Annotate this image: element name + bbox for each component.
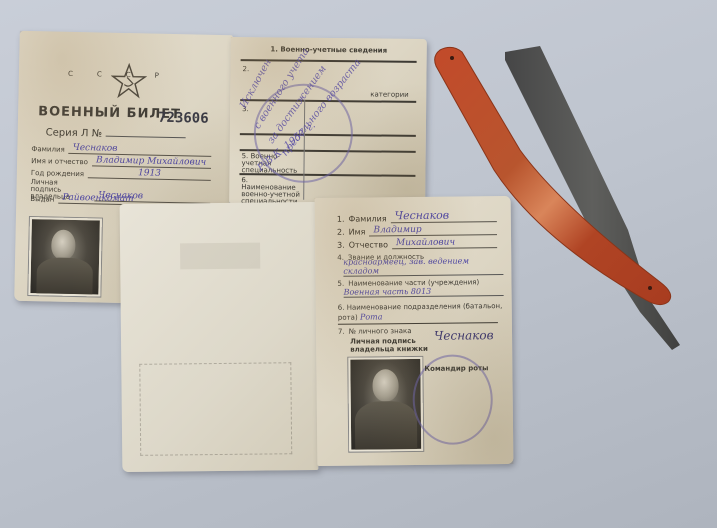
rivet-icon: [648, 286, 652, 290]
rivet-icon: [450, 56, 454, 60]
signature-label: Личная подпись владельца книжки: [350, 337, 430, 354]
faded-stamp-box: [139, 362, 292, 456]
signature-value: Чеснаков: [434, 328, 494, 343]
serial-number: 723606: [158, 110, 209, 127]
field-surname: 1.ФамилияЧеснаков: [337, 212, 497, 224]
field-patronymic: 3.ОтчествоМихайлович: [337, 238, 497, 250]
military-ticket-records-page: 1. Военно-учетные сведения 2. категории …: [229, 37, 427, 205]
section-title: 1. Военно-учетные сведения: [231, 45, 427, 55]
commander-label: Командир роты: [424, 364, 488, 373]
soldier-book-back-page: [120, 202, 319, 472]
soldier-book-info-page: 1.ФамилияЧеснаков 2.ИмяВладимир 3.Отчест…: [315, 196, 514, 466]
photo-scene: СССР ВОЕННЫЙ БИЛЕТ 723606 Серия Л № Фами…: [0, 0, 717, 528]
field-subdivision: 6. Наименование подразделения (батальон,…: [338, 302, 503, 323]
category-label: категории: [370, 90, 408, 98]
soviet-star-icon: [110, 63, 147, 100]
razor-blade: [505, 46, 680, 350]
field-name: 2.ИмяВладимир: [337, 225, 497, 237]
soldier-photo-1: [28, 217, 102, 296]
series-line: Серия Л №: [46, 127, 186, 141]
